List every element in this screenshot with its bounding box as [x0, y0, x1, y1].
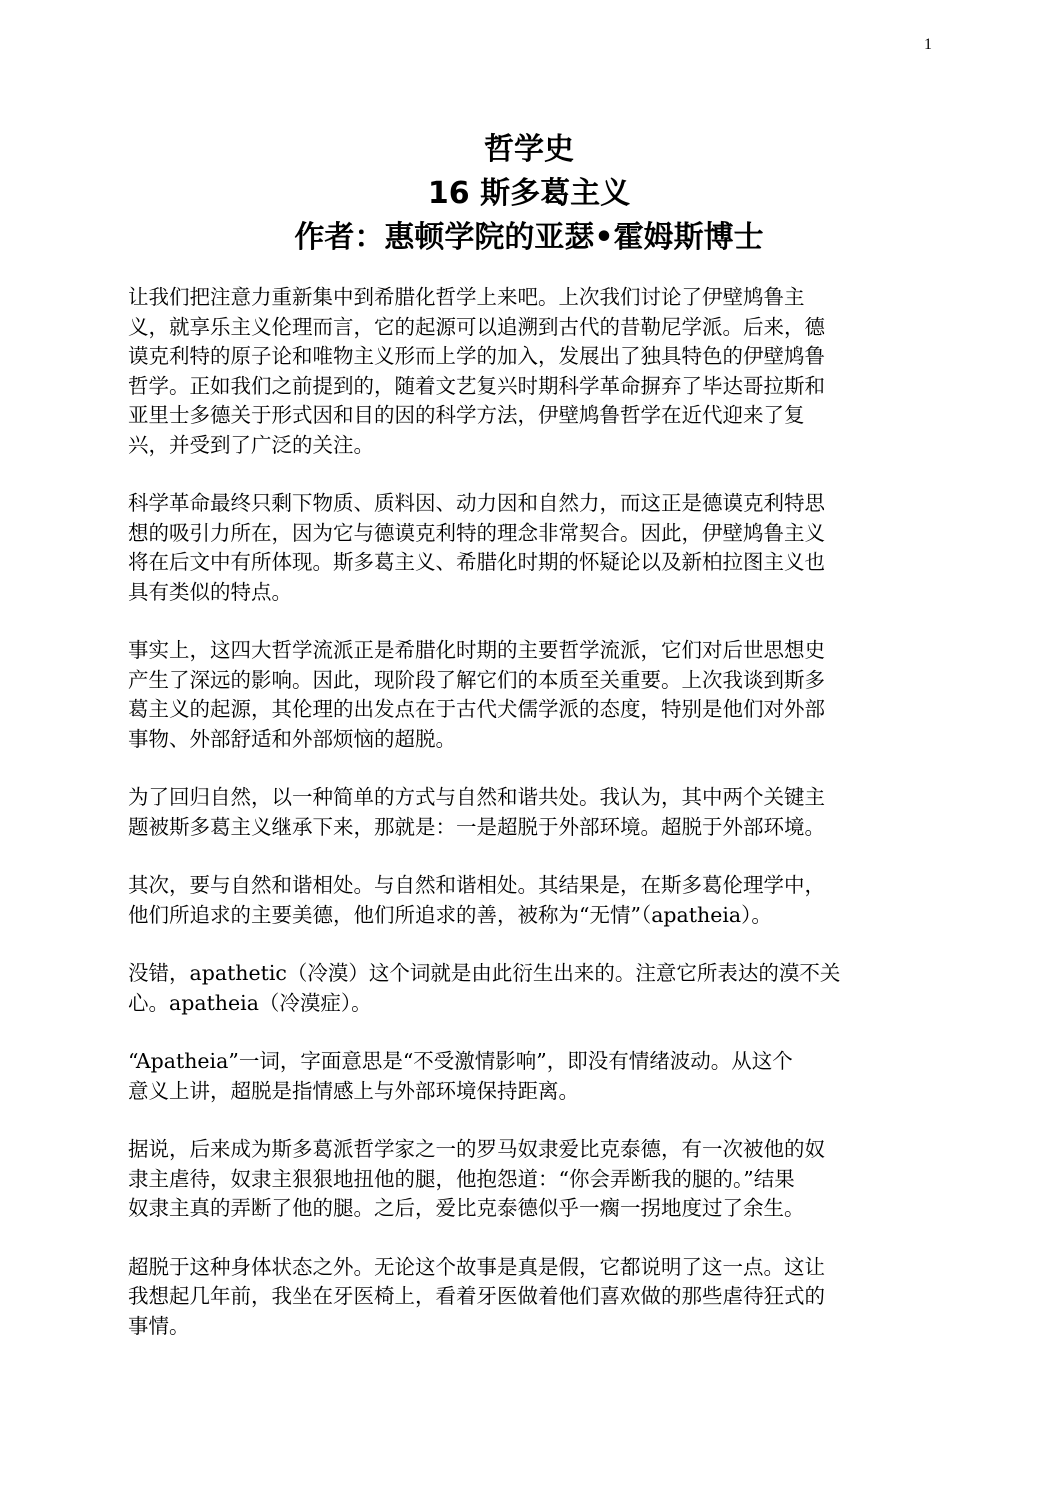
paragraph: 超脱于这种身体状态之外。无论这个故事是真是假，它都说明了这一点。这让 我想起几年… — [128, 1253, 928, 1342]
paragraph: 让我们把注意力重新集中到希腊化哲学上来吧。上次我们讨论了伊壁鸠鲁主 义，就享乐主… — [128, 283, 928, 460]
paragraph: 事实上，这四大哲学流派正是希腊化时期的主要哲学流派，它们对后世思想史 产生了深远… — [128, 636, 928, 754]
paragraph: 据说，后来成为斯多葛派哲学家之一的罗马奴隶爱比克泰德，有一次被他的奴 隶主虐待，… — [128, 1135, 928, 1224]
title-lecture: 16 斯多葛主义 — [0, 172, 1058, 216]
document-title: 哲学史 16 斯多葛主义 作者：惠顿学院的亚瑟•霍姆斯博士 — [0, 128, 1058, 260]
text-line: 将在后文中有所体现。斯多葛主义、希腊化时期的怀疑论以及新柏拉图主义也 — [128, 548, 928, 578]
text-line: 产生了深远的影响。因此，现阶段了解它们的本质至关重要。上次我谈到斯多 — [128, 666, 928, 696]
text-line: 事物、外部舒适和外部烦恼的超脱。 — [128, 725, 928, 755]
text-line: 让我们把注意力重新集中到希腊化哲学上来吧。上次我们讨论了伊壁鸠鲁主 — [128, 283, 928, 313]
text-line: 心。apatheia（冷漠症）。 — [128, 989, 928, 1019]
text-line: 意义上讲，超脱是指情感上与外部环境保持距离。 — [128, 1077, 928, 1107]
text-line: 题被斯多葛主义继承下来，那就是：一是超脱于外部环境。超脱于外部环境。 — [128, 813, 928, 843]
text-line: 兴，并受到了广泛的关注。 — [128, 431, 928, 461]
text-line: 超脱于这种身体状态之外。无论这个故事是真是假，它都说明了这一点。这让 — [128, 1253, 928, 1283]
text-line: 科学革命最终只剩下物质、质料因、动力因和自然力，而这正是德谟克利特思 — [128, 489, 928, 519]
text-line: 其次，要与自然和谐相处。与自然和谐相处。其结果是，在斯多葛伦理学中， — [128, 871, 928, 901]
title-author: 作者：惠顿学院的亚瑟•霍姆斯博士 — [0, 216, 1058, 260]
document-body: 让我们把注意力重新集中到希腊化哲学上来吧。上次我们讨论了伊壁鸠鲁主 义，就享乐主… — [128, 283, 928, 1370]
title-series: 哲学史 — [0, 128, 1058, 172]
text-line: 哲学。正如我们之前提到的，随着文艺复兴时期科学革命摒弃了毕达哥拉斯和 — [128, 372, 928, 402]
text-line: 葛主义的起源，其伦理的出发点在于古代犬儒学派的态度，特别是他们对外部 — [128, 695, 928, 725]
text-line: 义，就享乐主义伦理而言，它的起源可以追溯到古代的昔勒尼学派。后来，德 — [128, 313, 928, 343]
text-line: 具有类似的特点。 — [128, 578, 928, 608]
text-line: 奴隶主真的弄断了他的腿。之后，爱比克泰德似乎一瘸一拐地度过了余生。 — [128, 1194, 928, 1224]
paragraph: “Apatheia”一词，字面意思是“不受激情影响”，即没有情绪波动。从这个 意… — [128, 1047, 928, 1106]
text-line: 想的吸引力所在，因为它与德谟克利特的理念非常契合。因此，伊壁鸠鲁主义 — [128, 519, 928, 549]
page-number: 1 — [924, 36, 932, 54]
text-line: 为了回归自然，以一种简单的方式与自然和谐共处。我认为，其中两个关键主 — [128, 783, 928, 813]
text-line: 没错，apathetic（冷漠）这个词就是由此衍生出来的。注意它所表达的漠不关 — [128, 959, 928, 989]
text-line: 事实上，这四大哲学流派正是希腊化时期的主要哲学流派，它们对后世思想史 — [128, 636, 928, 666]
text-line: 他们所追求的主要美德，他们所追求的善，被称为“无情”（apatheia）。 — [128, 901, 928, 931]
paragraph: 没错，apathetic（冷漠）这个词就是由此衍生出来的。注意它所表达的漠不关 … — [128, 959, 928, 1018]
text-line: 隶主虐待，奴隶主狠狠地扭他的腿，他抱怨道：“你会弄断我的腿的。”结果 — [128, 1165, 928, 1195]
text-line: 据说，后来成为斯多葛派哲学家之一的罗马奴隶爱比克泰德，有一次被他的奴 — [128, 1135, 928, 1165]
text-line: 事情。 — [128, 1312, 928, 1342]
text-line: 亚里士多德关于形式因和目的因的科学方法，伊壁鸠鲁哲学在近代迎来了复 — [128, 401, 928, 431]
paragraph: 其次，要与自然和谐相处。与自然和谐相处。其结果是，在斯多葛伦理学中， 他们所追求… — [128, 871, 928, 930]
text-line: 我想起几年前，我坐在牙医椅上，看着牙医做着他们喜欢做的那些虐待狂式的 — [128, 1282, 928, 1312]
text-line: “Apatheia”一词，字面意思是“不受激情影响”，即没有情绪波动。从这个 — [128, 1047, 928, 1077]
paragraph: 科学革命最终只剩下物质、质料因、动力因和自然力，而这正是德谟克利特思 想的吸引力… — [128, 489, 928, 607]
text-line: 谟克利特的原子论和唯物主义形而上学的加入，发展出了独具特色的伊壁鸠鲁 — [128, 342, 928, 372]
paragraph: 为了回归自然，以一种简单的方式与自然和谐共处。我认为，其中两个关键主 题被斯多葛… — [128, 783, 928, 842]
